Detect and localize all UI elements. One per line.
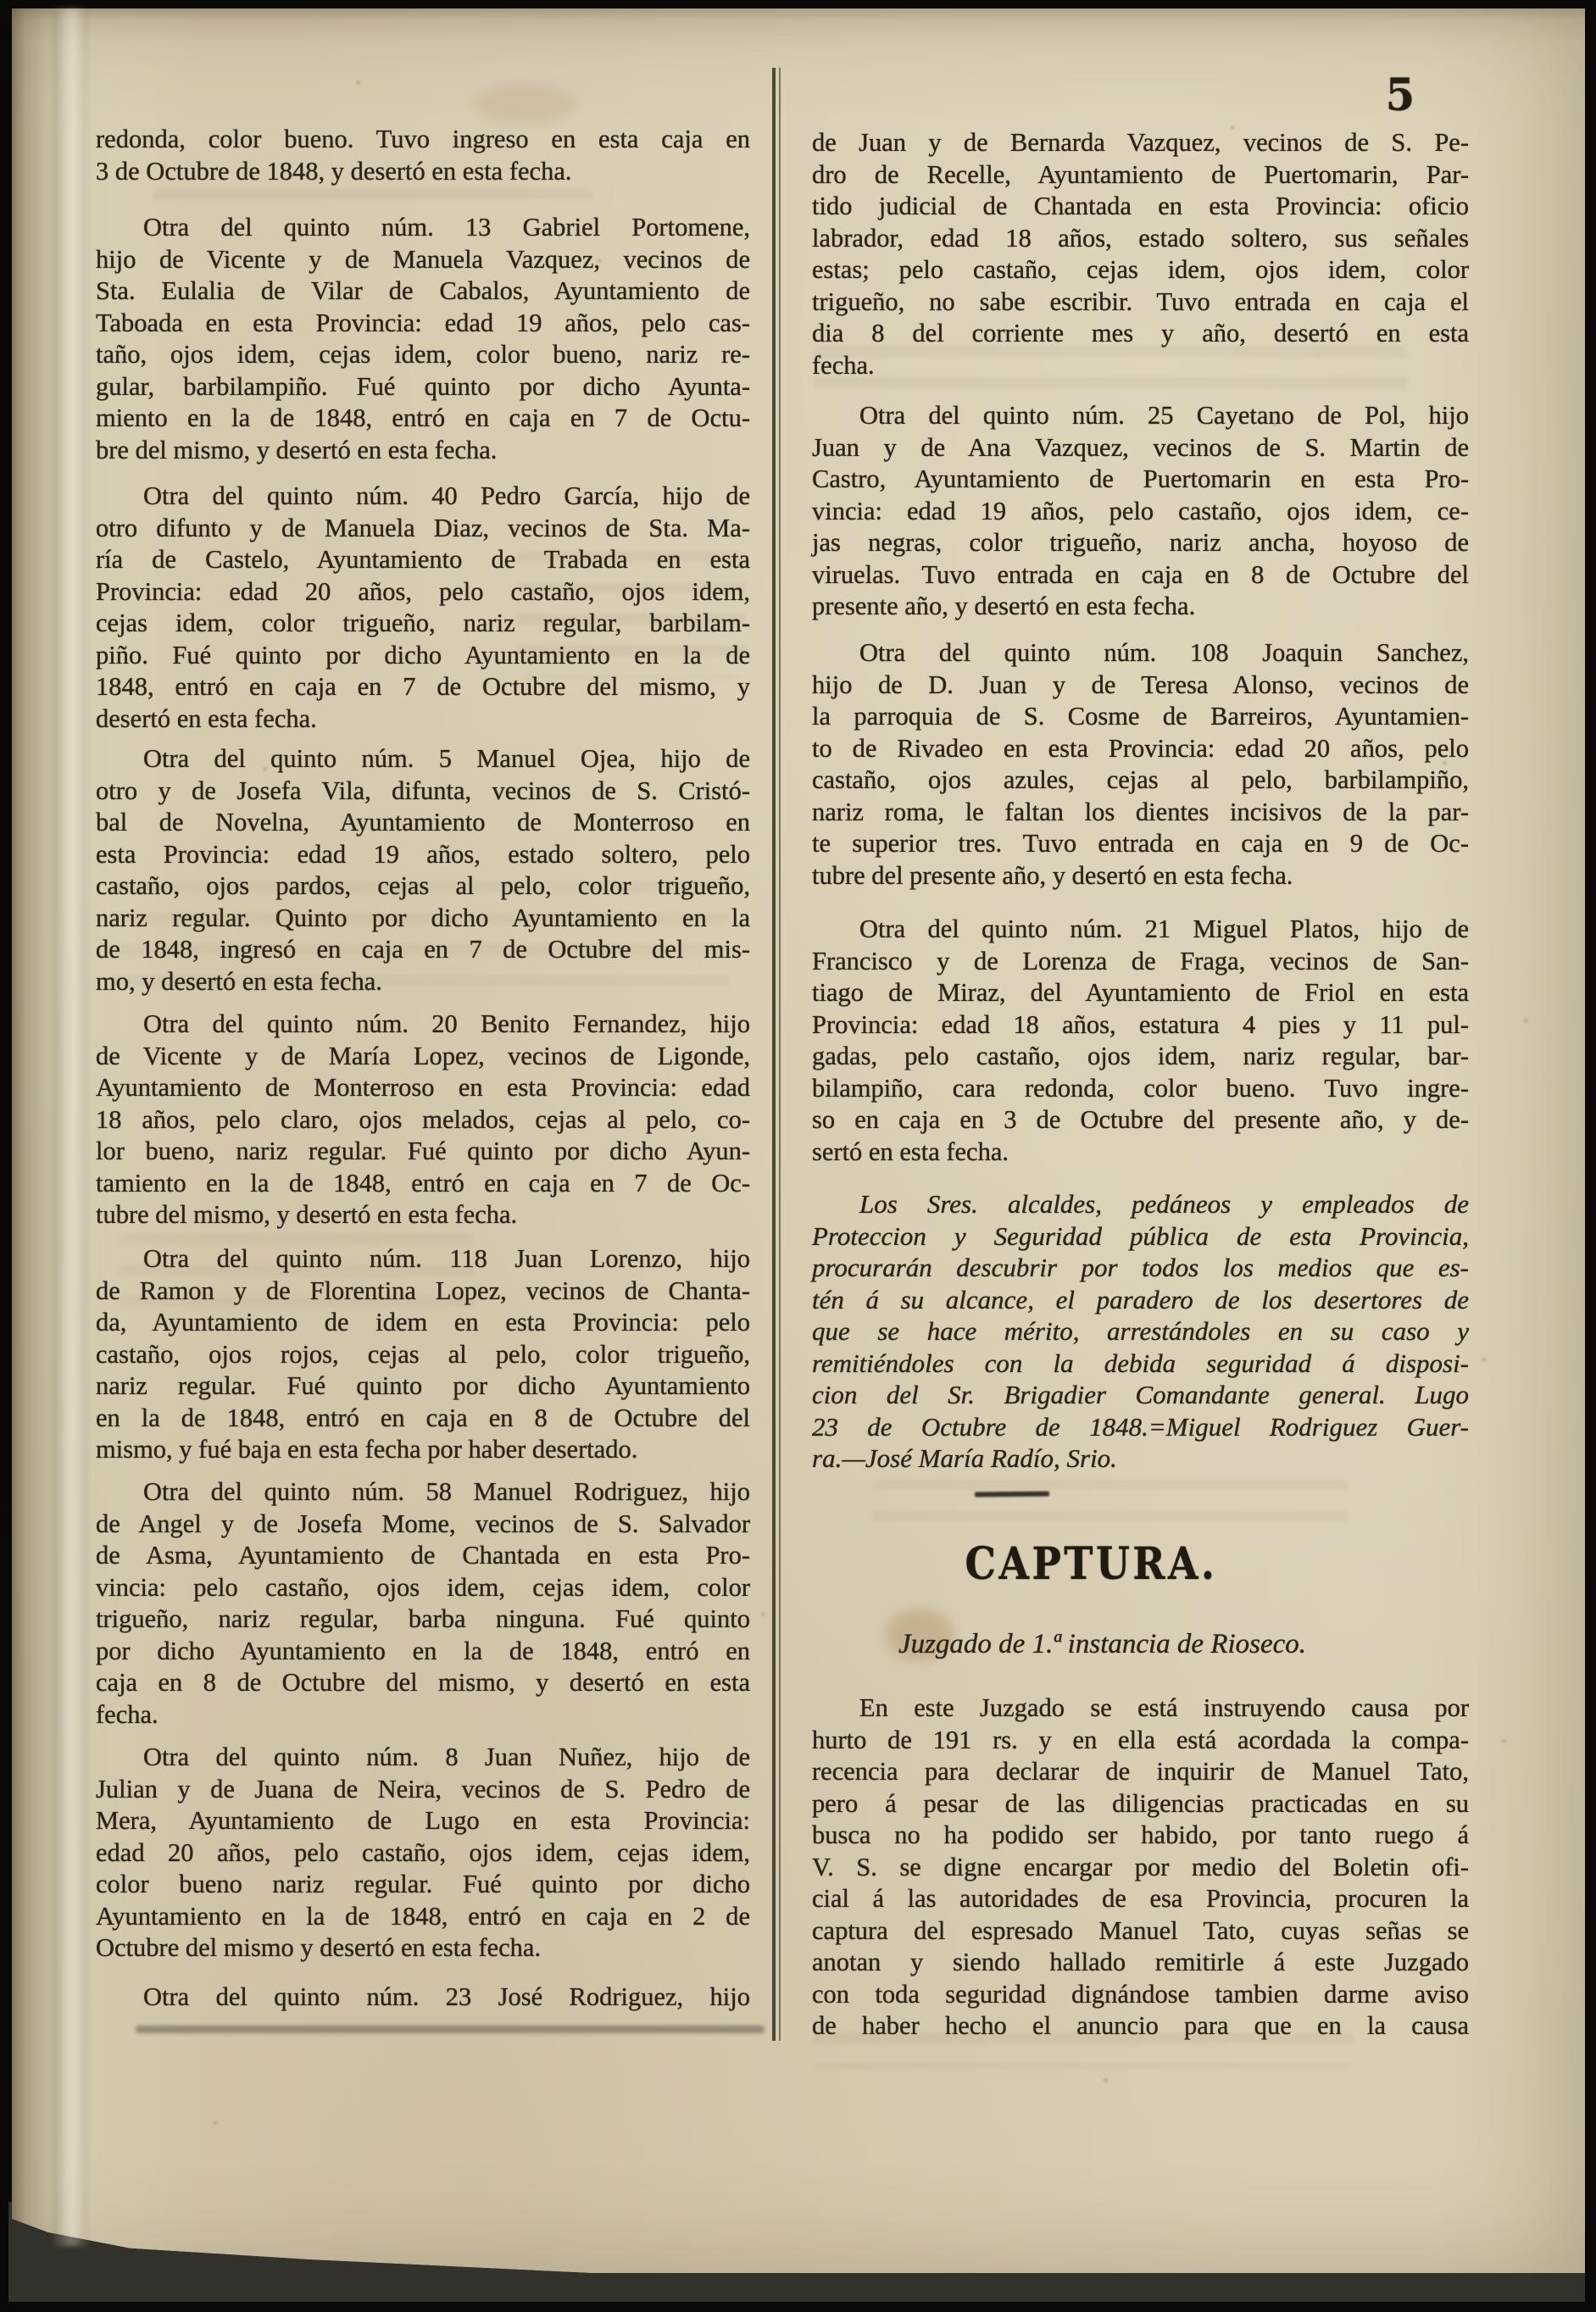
paragraph: En este Juzgado se está instruyendo caus… [812,1692,1469,2042]
text-line: dro de Recelle, Ayuntamiento de Puertoma… [812,159,1469,192]
text-line: nariz roma, le faltan los dientes incisi… [812,797,1469,829]
text-line: 1848, entró en caja en 7 de Octubre del … [96,671,750,703]
text-line: Julian y de Juana de Neira, vecinos de S… [96,1774,750,1806]
text-line: Provincia: edad 20 años, pelo castaño, o… [96,576,750,609]
text-line: dia 8 del corriente mes y año, desertó e… [812,318,1469,350]
paragraph: Otra del quinto núm. 8 Juan Nuñez, hijo … [96,1742,750,1965]
text-line: Taboada en esta Provincia: edad 19 años,… [96,308,750,340]
text-line: taño, ojos idem, cejas idem, color bueno… [96,339,750,371]
paragraph: Otra del quinto núm. 5 Manuel Ojea, hijo… [96,743,750,998]
text-line: hijo de D. Juan y de Teresa Alonso, veci… [812,670,1469,702]
text-line: Otra del quinto núm. 5 Manuel Ojea, hijo… [96,743,750,775]
text-line: Otra del quinto núm. 118 Juan Lorenzo, h… [96,1243,750,1275]
text-line: color bueno nariz regular. Fué quinto po… [96,1869,750,1901]
text-line: con toda seguridad dignándose tambien da… [812,1979,1469,2011]
text-line: viruelas. Tuvo entrada en caja en 8 de O… [812,559,1469,592]
text-line: hurto de 191 rs. y en ella está acordada… [812,1725,1469,1757]
text-line: de Asma, Ayuntamiento de Chantada en est… [96,1540,750,1572]
notice-paragraph: Los Sres. alcaldes, pedáneos y empleados… [812,1188,1469,1475]
text-line: hijo de Vicente y de Manuela Vazquez, ve… [96,244,750,276]
text-line: En este Juzgado se está instruyendo caus… [812,1692,1469,1725]
text-line: da, Ayuntamiento de idem en esta Provinc… [96,1307,750,1339]
text-line: Otra del quinto núm. 20 Benito Fernandez… [96,1009,750,1041]
text-line: Proteccion y Seguridad pública de esta P… [812,1220,1469,1253]
text-line: captura del espresado Manuel Tato, cuyas… [812,1915,1469,1948]
text-line: to de Rivadeo en esta Provincia: edad 20… [812,733,1469,765]
text-line: Octubre del mismo y desertó en esta fech… [96,1932,750,1965]
text-line: caja en 8 de Octubre del mismo, y desert… [96,1667,750,1699]
text-line: Otra del quinto núm. 13 Gabriel Portomen… [96,212,750,244]
text-line: de Angel y de Josefa Mome, vecinos de S.… [96,1509,750,1541]
column-divider-rule [772,68,776,2041]
text-line: pero á pesar de las diligencias practica… [812,1788,1469,1820]
column-divider-rule [779,68,781,2041]
text-line: Otra del quinto núm. 108 Joaquin Sanchez… [812,637,1469,670]
text-line: Mera, Ayuntamiento de Lugo en esta Provi… [96,1805,750,1837]
text-line: tamiento en la de 1848, entró en caja en… [96,1168,750,1200]
text-line: esta Provincia: edad 19 años, estado sol… [96,839,750,871]
text-line: tén á su alcance, el paradero de los des… [812,1284,1469,1316]
text-line: remitiéndoles con la debida seguridad á … [812,1348,1469,1380]
text-line: Castro, Ayuntamiento de Puertomarin en e… [812,464,1469,496]
text-line: castaño, ojos pardos, cejas al pelo, col… [96,870,750,903]
text-line: otro difunto y de Manuela Diaz, vecinos … [96,513,750,545]
paragraph: Otra del quinto núm. 21 Miguel Platos, h… [812,914,1469,1168]
text-line: castaño, ojos azules, cejas al pelo, bar… [812,764,1469,797]
page-curl-crease [53,8,88,2246]
paragraph: Otra del quinto núm. 23 José Rodriguez, … [96,1981,750,2014]
ink-smudge-line [136,2026,765,2033]
text-line: sertó en esta fecha. [812,1137,1469,1169]
text-line: mismo, y fué baja en esta fecha por habe… [96,1434,750,1466]
text-line: redonda, color bueno. Tuvo ingreso en es… [96,124,750,156]
text-line: fecha. [96,1699,750,1731]
text-line: Otra del quinto núm. 23 José Rodriguez, … [96,1981,750,2014]
section-divider [975,1492,1049,1498]
paragraph: Otra del quinto núm. 58 Manuel Rodriguez… [96,1476,750,1731]
text-line: miento en la de 1848, entró en caja en 7… [96,403,750,435]
left-column: redonda, color bueno. Tuvo ingreso en es… [96,0,750,2312]
paragraph: Otra del quinto núm. 40 Pedro García, hi… [96,481,750,735]
text-line: de 1848, ingresó en caja en 7 de Octubre… [96,934,750,966]
text-line: gular, barbilampiño. Fué quinto por dich… [96,371,750,403]
paragraph: Otra del quinto núm. 108 Joaquin Sanchez… [812,637,1469,892]
scan-background: 5 redonda, color bueno. Tuvo ingreso en … [0,0,1596,2312]
court-subheading: Juzgado de 1.ª instancia de Rioseco. [774,1629,1431,1659]
text-line: 23 de Octubre de 1848.=Miguel Rodriguez … [812,1411,1469,1443]
text-line: procurarán descubrir por todos los medio… [812,1252,1469,1284]
text-line: gadas, pelo castaño, ojos idem, nariz re… [812,1041,1469,1073]
text-line: so en caja en 3 de Octubre del presente … [812,1104,1469,1137]
text-line: la parroquia de S. Cosme de Barreiros, A… [812,701,1469,733]
foxing-specks [0,0,4,4]
text-line: trigueño, nariz regular, barba ninguna. … [96,1603,750,1636]
text-line: estas; pelo castaño, cejas idem, ojos id… [812,254,1469,286]
text-line: nariz regular. Fué quinto por dicho Ayun… [96,1370,750,1403]
text-line: Ayuntamiento de Monterroso en esta Provi… [96,1072,750,1104]
text-line: anotan y siendo hallado remitirle á este… [812,1947,1469,1979]
text-line: ra.—José María Radío, Srio. [812,1442,1469,1475]
text-line: de Vicente y de María Lopez, vecinos de … [96,1041,750,1073]
text-line: Otra del quinto núm. 25 Cayetano de Pol,… [812,400,1469,432]
text-line: presente año, y desertó en esta fecha. [812,591,1469,623]
text-line: edad 20 años, pelo castaño, ojos idem, c… [96,1837,750,1870]
text-line: de haber hecho el anuncio para que en la… [812,2010,1469,2042]
text-line: busca no ha podido ser habido, por tanto… [812,1820,1469,1852]
text-line: Otra del quinto núm. 21 Miguel Platos, h… [812,914,1469,946]
text-line: cion del Sr. Brigadier Comandante genera… [812,1379,1469,1411]
text-line: Otra del quinto núm. 40 Pedro García, hi… [96,481,750,513]
text-line: jas negras, color trigueño, nariz ancha,… [812,527,1469,559]
text-line: recencia para declarar de inquirir de Ma… [812,1756,1469,1788]
paragraph: Otra del quinto núm. 118 Juan Lorenzo, h… [96,1243,750,1466]
text-line: de Juan y de Bernarda Vazquez, vecinos d… [812,127,1469,159]
text-line: 18 años, pelo claro, ojos melados, cejas… [96,1104,750,1137]
text-line: mo, y desertó en esta fecha. [96,966,750,998]
text-line: castaño, ojos rojos, cejas al pelo, colo… [96,1339,750,1371]
text-line: Sta. Eulalia de Vilar de Cabalos, Ayunta… [96,275,750,308]
text-line: vincia: pelo castaño, ojos idem, cejas i… [96,1572,750,1604]
text-line: fecha. [812,350,1469,382]
text-line: vincia: edad 19 años, pelo castaño, ojos… [812,496,1469,528]
text-line: bal de Novelna, Ayuntamiento de Monterro… [96,807,750,839]
text-line: cejas idem, color trigueño, nariz regula… [96,608,750,640]
text-line: en la de 1848, entró en caja en 8 de Oct… [96,1403,750,1435]
text-line: ría de Castelo, Ayuntamiento de Trabada … [96,544,750,576]
text-line: tubre del presente año, y desertó en est… [812,860,1469,892]
text-line: Francisco y de Lorenza de Fraga, vecinos… [812,946,1469,978]
text-line: cial á las autoridades de esa Provincia,… [812,1883,1469,1915]
text-line: por dicho Ayuntamiento en la de 1848, en… [96,1636,750,1668]
text-line: que se hace mérito, arrestándoles en su … [812,1315,1469,1348]
text-line: Otra del quinto núm. 58 Manuel Rodriguez… [96,1476,750,1509]
paragraph: Otra del quinto núm. 20 Benito Fernandez… [96,1009,750,1231]
paragraph: Otra del quinto núm. 13 Gabriel Portomen… [96,212,750,466]
paragraph: de Juan y de Bernarda Vazquez, vecinos d… [812,127,1469,381]
text-line: 3 de Octubre de 1848, y desertó en esta … [96,156,750,188]
text-line: labrador, edad 18 años, estado soltero, … [812,223,1469,255]
text-line: Juan y de Ana Vazquez, vecinos de S. Mar… [812,432,1469,464]
text-line: nariz regular. Quinto por dicho Ayuntami… [96,903,750,935]
text-line: Provincia: edad 18 años, estatura 4 pies… [812,1009,1469,1042]
text-line: Los Sres. alcaldes, pedáneos y empleados… [812,1188,1469,1220]
text-line: tubre del mismo, y desertó en esta fecha… [96,1199,750,1231]
text-line: te superior tres. Tuvo entrada en caja e… [812,828,1469,860]
text-line: piño. Fué quinto por dicho Ayuntamiento … [96,640,750,672]
right-column: de Juan y de Bernarda Vazquez, vecinos d… [812,0,1469,2312]
captura-heading: CAPTURA. [803,1542,1381,1587]
text-line: Ayuntamiento en la de 1848, entró en caj… [96,1901,750,1933]
text-line: bre del mismo, y desertó en esta fecha. [96,435,750,467]
text-line: trigueño, no sabe escribir. Tuvo entrada… [812,286,1469,319]
text-line: Otra del quinto núm. 8 Juan Nuñez, hijo … [96,1742,750,1774]
text-line: otro y de Josefa Vila, difunta, vecinos … [96,775,750,808]
text-line: lor bueno, nariz regular. Fué quinto por… [96,1136,750,1168]
text-line: tido judicial de Chantada en esta Provin… [812,191,1469,223]
text-line: desertó en esta fecha. [96,703,750,736]
text-line: tiago de Miraz, del Ayuntamiento de Frio… [812,977,1469,1009]
text-line: de Ramon y de Florentina Lopez, vecinos … [96,1275,750,1308]
text-line: bilampiño, cara redonda, color bueno. Tu… [812,1073,1469,1105]
paragraph: redonda, color bueno. Tuvo ingreso en es… [96,124,750,187]
text-line: V. S. se digne encargar por medio del Bo… [812,1852,1469,1884]
paragraph: Otra del quinto núm. 25 Cayetano de Pol,… [812,400,1469,623]
